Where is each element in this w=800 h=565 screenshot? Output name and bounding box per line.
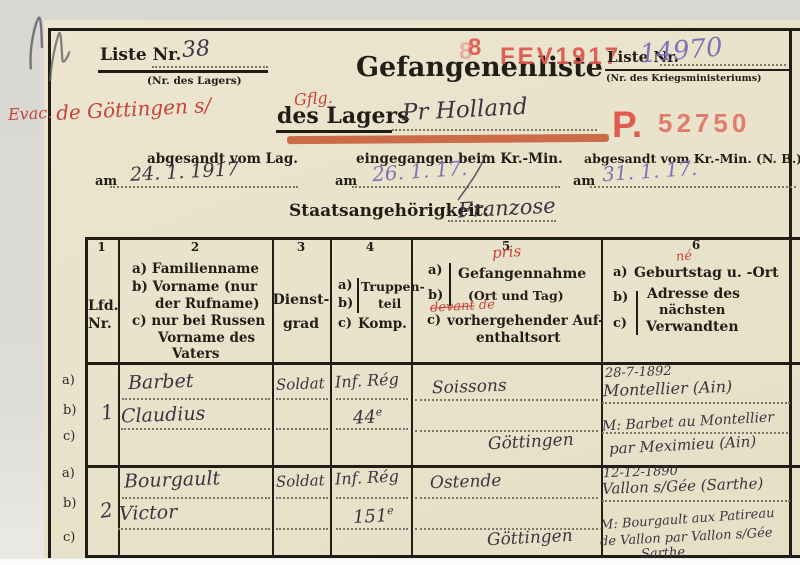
row2-unit-number: 151e bbox=[352, 505, 394, 528]
row1-capture-place: Soissons bbox=[432, 378, 507, 398]
brace-line bbox=[636, 291, 638, 335]
dotted-line bbox=[602, 432, 788, 434]
row1-first-name: Claudius bbox=[121, 405, 206, 428]
liste-left-value: 38 bbox=[181, 37, 211, 62]
liste-right-underline bbox=[605, 69, 789, 71]
row2-margin-label-c: c) bbox=[63, 531, 75, 545]
dotted-line bbox=[336, 398, 408, 400]
row1-number: 1 bbox=[100, 401, 116, 424]
col2-item-c-text: nur bei Russen bbox=[151, 313, 265, 329]
col6-item-a-text: Geburtstag u. -Ort bbox=[634, 266, 779, 281]
row1-rank: Soldat bbox=[276, 376, 325, 393]
liste-left-underline bbox=[98, 70, 268, 73]
row1-unit-number: 44e bbox=[352, 406, 382, 428]
col4-number: 4 bbox=[330, 241, 410, 254]
dotted-line bbox=[276, 428, 328, 430]
dotted-line bbox=[336, 528, 408, 530]
table-column-line bbox=[272, 237, 274, 558]
dotted-line bbox=[122, 398, 270, 400]
pencil-scribble bbox=[2, 0, 98, 100]
brace-line bbox=[357, 278, 359, 313]
table-row-divider bbox=[85, 465, 800, 468]
evac-note-prefix: Evac. bbox=[8, 105, 53, 124]
row1-margin-label-b: b) bbox=[63, 404, 76, 418]
table-header-divider bbox=[85, 362, 800, 365]
frame-top-line bbox=[48, 28, 800, 31]
row2-margin-label-b: b) bbox=[63, 497, 76, 511]
col2-item-a-text: Familienname bbox=[152, 261, 259, 277]
dotted-line bbox=[448, 220, 556, 222]
col1-label: Nr. bbox=[88, 317, 112, 332]
row2-family-name: Bourgault bbox=[124, 469, 221, 492]
date-stamp: FEV1917 bbox=[500, 44, 621, 69]
col2-item-c: c) bbox=[132, 313, 147, 329]
col3-number: 3 bbox=[272, 241, 330, 254]
liste-left-sublabel: (Nr. des Lagers) bbox=[147, 76, 242, 87]
p-stamp: P. bbox=[612, 106, 642, 145]
col5-item-c-text: vorhergehender Auf- bbox=[447, 314, 604, 328]
col4-item-a: a) bbox=[338, 279, 353, 293]
table-left-border bbox=[85, 237, 88, 558]
liste-left-label: Liste Nr. bbox=[100, 47, 181, 65]
col2-item-a: a) bbox=[132, 261, 147, 277]
col5-red-annotation: pris bbox=[491, 244, 521, 262]
row2-unit: Inf. Rég bbox=[335, 468, 400, 488]
row2-relative-address3: Sarthe bbox=[641, 546, 686, 562]
col6-item-a: a) bbox=[613, 266, 628, 280]
row1-unit-no: 44 bbox=[352, 407, 376, 429]
row2-rank: Soldat bbox=[276, 473, 325, 490]
col3-label: Dienst- bbox=[272, 293, 330, 308]
dotted-line bbox=[276, 528, 328, 530]
col5-brace-text: Gefangennahme bbox=[458, 267, 586, 282]
col2-item-b: b) bbox=[132, 279, 148, 295]
dotted-line bbox=[152, 66, 268, 68]
dotted-line bbox=[660, 64, 786, 66]
dotted-line bbox=[392, 129, 597, 131]
col4-brace-text: Truppen- bbox=[361, 280, 425, 293]
dotted-line bbox=[276, 398, 328, 400]
col4-item-c-text: Komp. bbox=[358, 317, 407, 331]
lager-label: des Lagers bbox=[277, 105, 410, 128]
col6-number: 6 bbox=[601, 239, 791, 252]
dotted-line bbox=[590, 186, 796, 188]
dotted-line bbox=[336, 428, 408, 430]
dotted-line bbox=[602, 402, 790, 404]
dotted-line bbox=[415, 399, 598, 401]
dotted-line bbox=[110, 186, 298, 188]
col6-item-b: b) bbox=[613, 291, 628, 305]
dotted-line bbox=[415, 497, 598, 499]
dotted-line bbox=[336, 497, 408, 499]
row1-margin-label-c: c) bbox=[63, 430, 75, 444]
dotted-line bbox=[118, 528, 270, 530]
table-column-line bbox=[330, 237, 332, 558]
table-row-divider bbox=[85, 555, 800, 558]
lager-underline bbox=[276, 130, 392, 133]
col2-item-c-text3: Vaters bbox=[172, 347, 220, 361]
dotted-line bbox=[276, 497, 328, 499]
dotted-line bbox=[122, 497, 270, 499]
col6-item-c: c) bbox=[613, 317, 627, 331]
col1-label: Lfd. bbox=[88, 299, 119, 314]
col2-item-b-text2: der Rufname) bbox=[155, 297, 260, 311]
col5-item-a: a) bbox=[428, 264, 443, 278]
row2-first-name: Victor bbox=[119, 503, 178, 525]
frame-right-line bbox=[789, 28, 792, 558]
col4-item-b: b) bbox=[338, 297, 353, 311]
col5-item-c-text2: enthaltsort bbox=[476, 331, 561, 345]
row1-family-name: Barbet bbox=[128, 372, 194, 394]
row1-unit: Inf. Rég bbox=[335, 371, 400, 391]
col4-item-c: c) bbox=[338, 317, 352, 331]
col5-red-annotation-rest: de bbox=[478, 297, 495, 313]
dotted-line bbox=[602, 500, 790, 502]
col3-label: grad bbox=[272, 317, 330, 332]
row1-unit-sup: e bbox=[375, 405, 382, 418]
dotted-line bbox=[121, 428, 270, 430]
row2-unit-sup: e bbox=[387, 504, 394, 517]
scanned-document-page: Liste Nr. 38 (Nr. des Lagers) Gefangenen… bbox=[0, 0, 800, 565]
col6-brace-text: Adresse des bbox=[647, 287, 740, 302]
col2-item-b-text: Vorname (nur bbox=[153, 279, 258, 295]
col2-number: 2 bbox=[118, 241, 272, 254]
row2-capture-place: Ostende bbox=[430, 473, 502, 493]
col6-brace-text: Verwandten bbox=[646, 320, 739, 335]
row2-margin-label-a: a) bbox=[62, 467, 75, 481]
liste-right-sublabel: (Nr. des Kriegsministeriums) bbox=[606, 74, 762, 84]
pen-flourish bbox=[440, 152, 500, 204]
date-stamp-digit: 8 bbox=[468, 35, 481, 60]
col2-item-c-text2: Vorname des bbox=[158, 331, 255, 345]
col6-red-annotation: né bbox=[675, 249, 692, 264]
col4-brace-text: teil bbox=[378, 297, 401, 310]
row2-unit-no: 151 bbox=[352, 505, 387, 528]
p-stamp-number: 52750 bbox=[658, 110, 750, 137]
col6-brace-text: nächsten bbox=[659, 304, 725, 318]
col1-number: 1 bbox=[85, 241, 118, 254]
col5-item-c: c) bbox=[427, 314, 441, 328]
row2-number: 2 bbox=[99, 499, 115, 522]
row1-margin-label-a: a) bbox=[62, 374, 75, 388]
